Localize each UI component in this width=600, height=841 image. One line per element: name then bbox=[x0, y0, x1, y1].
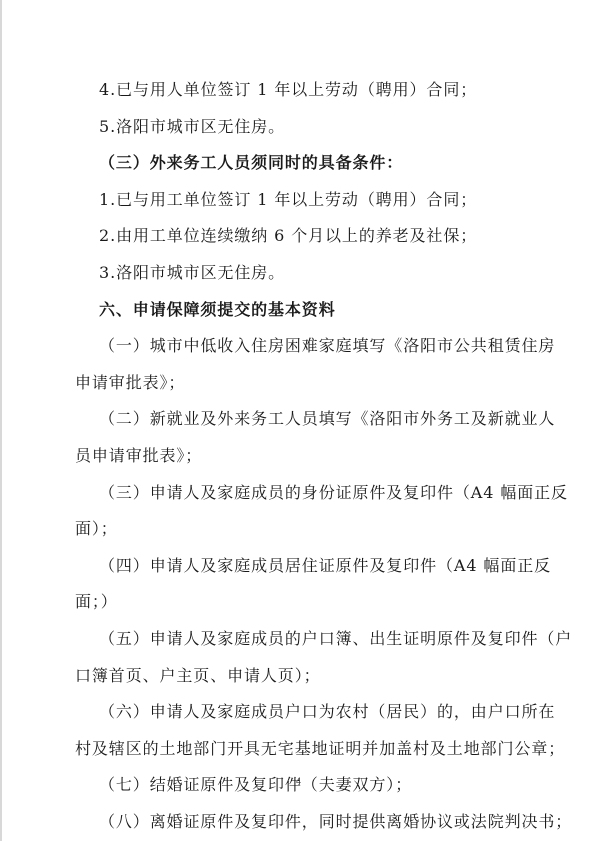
text-line-item-2-cont: 员申请审批表》； bbox=[75, 438, 537, 475]
text-line-item-6: （六）申请人及家庭成员户口为农村（居民）的，由户口所在 bbox=[75, 694, 537, 731]
text-line-item-4-cont: 面；） bbox=[75, 584, 537, 621]
section-heading-migrant-workers: （三）外来务工人员须同时的具备条件： bbox=[75, 145, 537, 182]
text-line-requirement-5: 5.洛阳市城市区无住房。 bbox=[75, 109, 537, 146]
text-line-migrant-2: 2.由用工单位连续缴纳 6 个月以上的养老及社保； bbox=[75, 218, 537, 255]
text-line-requirement-4: 4.已与用人单位签订 1 年以上劳动（聘用）合同； bbox=[75, 72, 537, 109]
text-line-item-5: （五）申请人及家庭成员的户口簿、出生证明原件及复印件（户 bbox=[75, 621, 537, 658]
text-line-item-6-cont: 村及辖区的土地部门开具无宅基地证明并加盖村及土地部门公章； bbox=[75, 731, 537, 768]
text-line-item-2: （二）新就业及外来务工人员填写《洛阳市外务工及新就业人 bbox=[75, 401, 537, 438]
text-line-item-1-cont: 申请审批表》； bbox=[75, 365, 537, 402]
text-line-item-3: （三）申请人及家庭成员的身份证原件及复印件（A4 幅面正反 bbox=[75, 475, 537, 512]
text-line-migrant-1: 1.已与用工单位签订 1 年以上劳动（聘用）合同； bbox=[75, 182, 537, 219]
text-line-item-1: （一）城市中低收入住房困难家庭填写《洛阳市公共租赁住房 bbox=[75, 328, 537, 365]
text-line-migrant-3: 3.洛阳市城市区无住房。 bbox=[75, 255, 537, 292]
text-line-item-8: （八）离婚证原件及复印件，同时提供离婚协议或法院判决书； bbox=[75, 804, 537, 841]
section-heading-six: 六、申请保障须提交的基本资料 bbox=[75, 292, 537, 329]
document-body: 4.已与用人单位签订 1 年以上劳动（聘用）合同； 5.洛阳市城市区无住房。 （… bbox=[75, 72, 537, 840]
text-line-item-4: （四）申请人及家庭成员居住证原件及复印件（A4 幅面正反 bbox=[75, 548, 537, 585]
text-line-item-5-cont: 口簿首页、户主页、申请人页）； bbox=[75, 658, 537, 695]
page-left-edge bbox=[0, 0, 2, 841]
page-number: 4 bbox=[296, 776, 301, 786]
text-line-item-7: （七）结婚证原件及复印件（夫妻双方）； bbox=[75, 767, 537, 804]
text-line-item-3-cont: 面）； bbox=[75, 511, 537, 548]
